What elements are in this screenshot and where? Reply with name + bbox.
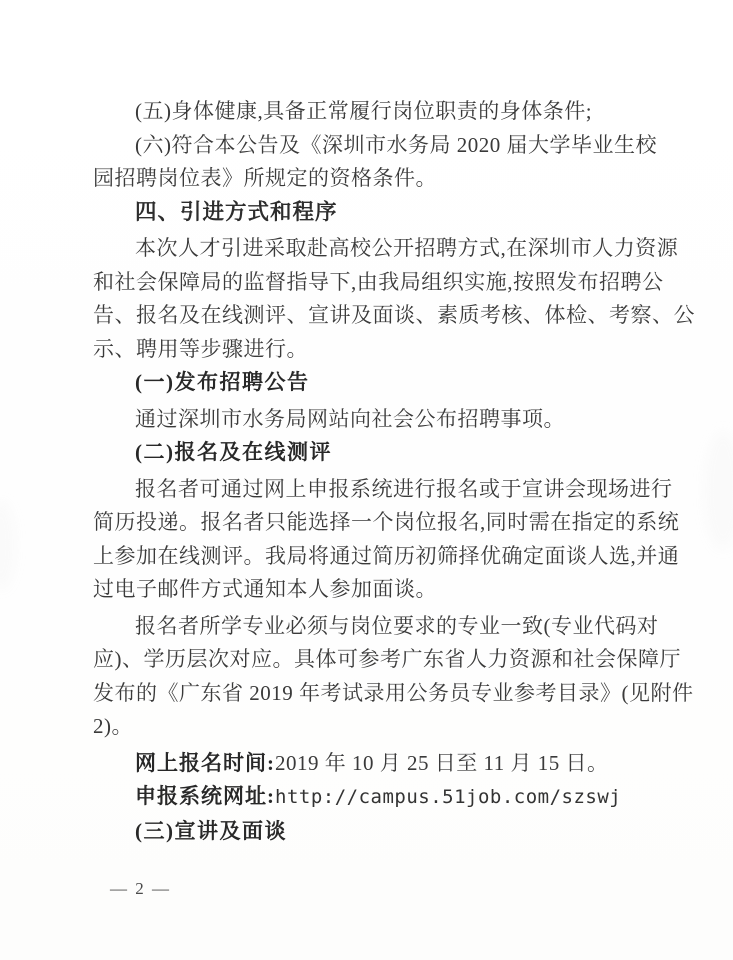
doc-line: 应)、学历层次对应。具体可参考广东省人力资源和社会保障厅 xyxy=(93,643,643,677)
field-value-registration-time: 2019 年 10 月 25 日至 11 月 15 日。 xyxy=(275,751,608,775)
doc-line: 本次人才引进采取赴高校公开招聘方式,在深圳市人力资源 xyxy=(93,232,643,266)
subsection-heading-3: (三)宣讲及面谈 xyxy=(93,815,643,849)
doc-line: 园招聘岗位表》所规定的资格条件。 xyxy=(93,162,643,196)
doc-line: 通过深圳市水务局网站向社会公布招聘事项。 xyxy=(93,403,643,437)
subsection-heading-1: (一)发布招聘公告 xyxy=(93,366,643,400)
doc-line-item-5: (五)身体健康,具备正常履行岗位职责的身体条件; xyxy=(93,95,643,129)
section-heading-4: 四、引进方式和程序 xyxy=(93,196,643,230)
doc-line: 2)。 xyxy=(93,710,643,744)
field-label-registration-time: 网上报名时间: xyxy=(135,751,275,775)
doc-line: 和社会保障局的监督指导下,由我局组织实施,按照发布招聘公 xyxy=(93,266,643,300)
field-line-application-system-url: 申报系统网址:http://campus.51job.com/szswj xyxy=(93,780,643,815)
doc-line: 过电子邮件方式通知本人参加面谈。 xyxy=(93,573,643,607)
field-line-online-registration-time: 网上报名时间:2019 年 10 月 25 日至 11 月 15 日。 xyxy=(93,747,643,781)
doc-line: 报名者所学专业必须与岗位要求的专业一致(专业代码对 xyxy=(93,610,643,644)
subsection-heading-2: (二)报名及在线测评 xyxy=(93,436,643,470)
document-page: (五)身体健康,具备正常履行岗位职责的身体条件; (六)符合本公告及《深圳市水务… xyxy=(0,0,733,960)
field-label-application-system-url: 申报系统网址: xyxy=(135,784,275,808)
doc-line: 简历投递。报名者只能选择一个岗位报名,同时需在指定的系统 xyxy=(93,506,643,540)
page-number: — 2 — xyxy=(110,879,171,899)
doc-line: 报名者可通过网上申报系统进行报名或于宣讲会现场进行 xyxy=(93,473,643,507)
document-text-body: (五)身体健康,具备正常履行岗位职责的身体条件; (六)符合本公告及《深圳市水务… xyxy=(0,0,733,848)
doc-line: 上参加在线测评。我局将通过简历初筛择优确定面谈人选,并通 xyxy=(93,540,643,574)
doc-line: 发布的《广东省 2019 年考试录用公务员专业参考目录》(见附件 xyxy=(93,677,643,711)
doc-line-item-6: (六)符合本公告及《深圳市水务局 2020 届大学毕业生校 xyxy=(93,129,643,163)
doc-line: 告、报名及在线测评、宣讲及面谈、素质考核、体检、考察、公 xyxy=(93,299,643,333)
field-value-application-system-url: http://campus.51job.com/szswj xyxy=(275,786,621,808)
doc-line: 示、聘用等步骤进行。 xyxy=(93,333,643,367)
